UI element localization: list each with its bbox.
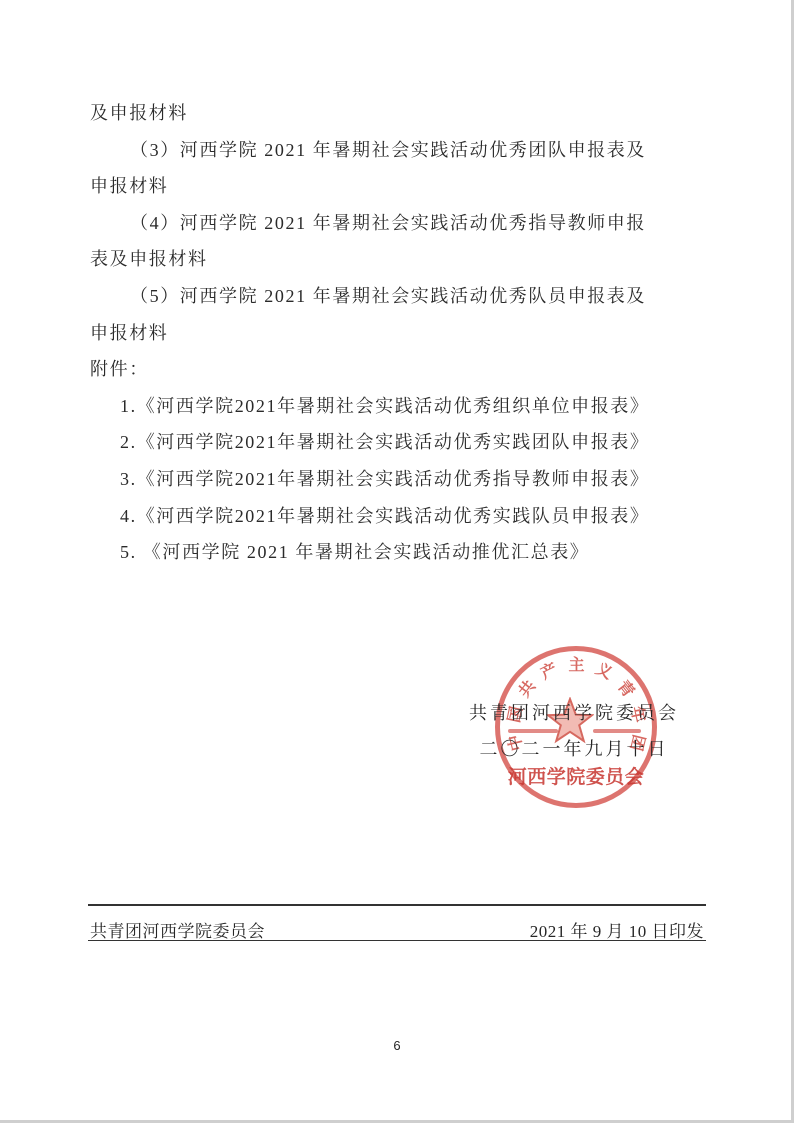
footer-bottom-rule xyxy=(88,940,706,941)
body-line: （4）河西学院 2021 年暑期社会实践活动优秀指导教师申报 xyxy=(90,205,708,242)
body-line: 4.《河西学院2021年暑期社会实践活动优秀实践队员申报表》 xyxy=(90,498,708,535)
body-line: （3）河西学院 2021 年暑期社会实践活动优秀团队申报表及 xyxy=(90,132,708,169)
seal-bottom-text: 河西学院委员会 xyxy=(495,762,657,789)
body-line: 附件： xyxy=(90,351,708,388)
body-line: 申报材料 xyxy=(90,315,708,352)
body-line: 1.《河西学院2021年暑期社会实践活动优秀组织单位申报表》 xyxy=(90,388,708,425)
body-line: 及申报材料 xyxy=(90,95,708,132)
body-line: 表及申报材料 xyxy=(90,241,708,278)
document-body: 及申报材料（3）河西学院 2021 年暑期社会实践活动优秀团队申报表及申报材料（… xyxy=(90,95,708,571)
signature-block: 共青团河西学院委员会 二〇二一年九月十日 xyxy=(438,700,710,762)
page-number: 6 xyxy=(0,1038,794,1053)
body-line: 2.《河西学院2021年暑期社会实践活动优秀实践团队申报表》 xyxy=(90,424,708,461)
body-line: 5. 《河西学院 2021 年暑期社会实践活动推优汇总表》 xyxy=(90,534,708,571)
seal-arc-char: 主 xyxy=(568,657,585,674)
document-page: 及申报材料（3）河西学院 2021 年暑期社会实践活动优秀团队申报表及申报材料（… xyxy=(0,0,794,1123)
footer-print-date: 2021 年 9 月 10 日印发 xyxy=(530,917,704,942)
body-line: 申报材料 xyxy=(90,168,708,205)
footer: 共青团河西学院委员会 2021 年 9 月 10 日印发 xyxy=(90,917,704,942)
body-line: （5）河西学院 2021 年暑期社会实践活动优秀队员申报表及 xyxy=(90,278,708,315)
footer-issuer: 共青团河西学院委员会 xyxy=(90,917,265,942)
body-line: 3.《河西学院2021年暑期社会实践活动优秀指导教师申报表》 xyxy=(90,461,708,498)
signature-date: 二〇二一年九月十日 xyxy=(438,736,710,762)
signature-org: 共青团河西学院委员会 xyxy=(438,700,710,726)
footer-top-rule xyxy=(88,904,706,906)
